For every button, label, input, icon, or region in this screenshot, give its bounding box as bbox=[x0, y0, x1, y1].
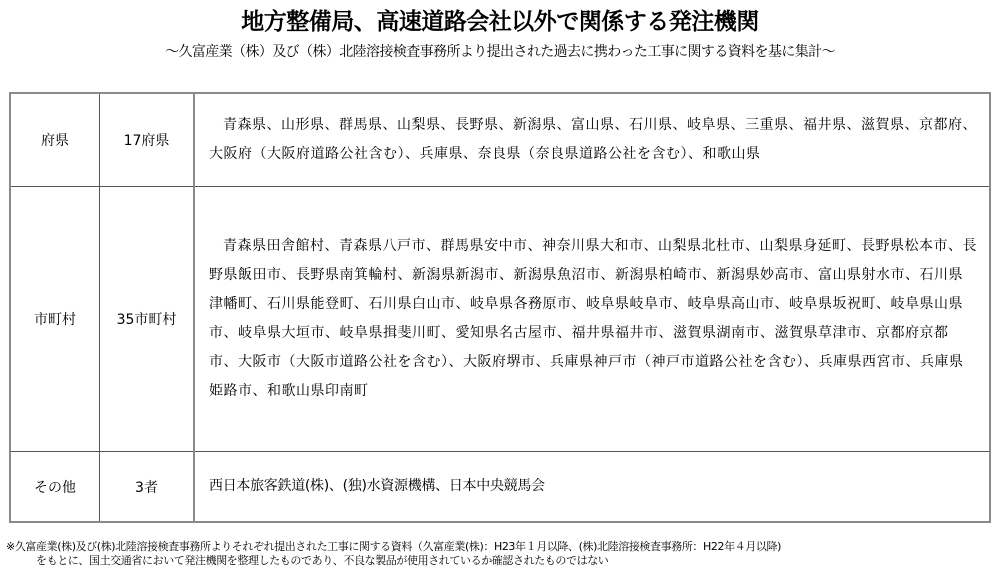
footnote: ※久富産業(株)及び(株)北陸溶接検査事務所よりそれぞれ提出された工事に関する資… bbox=[6, 540, 1000, 568]
count-cell: 17府県 bbox=[100, 93, 195, 187]
agency-table: 府県 17府県 青森県、山形県、群馬県、山梨県、長野県、新潟県、富山県、石川県、… bbox=[9, 92, 991, 523]
agency-list-cell: 西日本旅客鉄道(株)、(独)水資源機構、日本中央競馬会 bbox=[194, 452, 990, 523]
agency-list-cell: 青森県田舎館村、青森県八戸市、群馬県安中市、神奈川県大和市、山梨県北杜市、山梨県… bbox=[194, 187, 990, 452]
table-row-municipalities: 市町村 35市町村 青森県田舎館村、青森県八戸市、群馬県安中市、神奈川県大和市、… bbox=[10, 187, 990, 452]
agency-list-text: 青森県田舎館村、青森県八戸市、群馬県安中市、神奈川県大和市、山梨県北杜市、山梨県… bbox=[209, 238, 977, 399]
table-row-others: その他 3者 西日本旅客鉄道(株)、(独)水資源機構、日本中央競馬会 bbox=[10, 452, 990, 523]
category-cell: 市町村 bbox=[10, 187, 100, 452]
page-title: 地方整備局、高速道路会社以外で関係する発注機関 bbox=[0, 6, 1000, 38]
agency-list-text: 西日本旅客鉄道(株)、(独)水資源機構、日本中央競馬会 bbox=[209, 478, 545, 494]
footnote-line-1: ※久富産業(株)及び(株)北陸溶接検査事務所よりそれぞれ提出された工事に関する資… bbox=[6, 540, 1000, 554]
page-subtitle: ～久富産業（株）及び（株）北陸溶接検査事務所より提出された過去に携わった工事に関… bbox=[0, 42, 1000, 62]
count-cell: 35市町村 bbox=[100, 187, 195, 452]
count-cell: 3者 bbox=[100, 452, 195, 523]
table-row-prefectures: 府県 17府県 青森県、山形県、群馬県、山梨県、長野県、新潟県、富山県、石川県、… bbox=[10, 93, 990, 187]
category-cell: その他 bbox=[10, 452, 100, 523]
agency-list-cell: 青森県、山形県、群馬県、山梨県、長野県、新潟県、富山県、石川県、岐阜県、三重県、… bbox=[194, 93, 990, 187]
category-cell: 府県 bbox=[10, 93, 100, 187]
footnote-line-2: をもとに、国土交通省において発注機関を整理したものであり、不良な製品が使用されて… bbox=[6, 554, 1000, 568]
agency-list-text: 青森県、山形県、群馬県、山梨県、長野県、新潟県、富山県、石川県、岐阜県、三重県、… bbox=[209, 117, 977, 162]
